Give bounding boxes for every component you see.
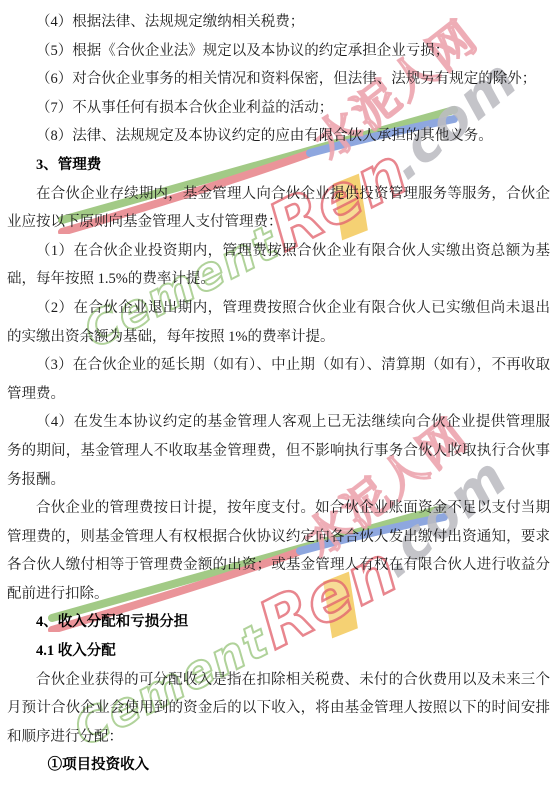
paragraph: 合伙企业的管理费按日计提，按年度支付。如合伙企业账面资金不足以支付当期管理费的，… — [7, 494, 550, 608]
document-page: Cement Ren .com 水泥人网 Cement Ren .com 水泥人… — [0, 0, 556, 792]
section-heading-3: 3、管理费 — [7, 151, 550, 180]
paragraph: （1）在合伙企业投资期内，管理费按照合伙企业有限合伙人实缴出资总额为基础，每年按… — [7, 237, 550, 294]
item-heading-project-income: ①项目投资收入 — [7, 751, 550, 780]
list-item-8: （8）法律、法规规定及本协议约定的应由有限合伙人承担的其他义务。 — [7, 122, 550, 151]
list-item-7: （7）不从事任何有损本合伙企业利益的活动； — [7, 94, 550, 123]
section-heading-4: 4、收入分配和亏损分担 — [7, 608, 550, 637]
list-item-6: （6）对合伙企业事务的相关情况和资料保密，但法律、法规另有规定的除外； — [7, 65, 550, 94]
list-item-4: （4）根据法律、法规规定缴纳相关税费； — [7, 8, 550, 37]
paragraph: 在合伙企业存续期内，基金管理人向合伙企业提供投资管理服务等服务，合伙企业应按以下… — [7, 180, 550, 237]
document-body: （4）根据法律、法规规定缴纳相关税费； （5）根据《合伙企业法》规定以及本协议的… — [7, 8, 550, 780]
paragraph: （2）在合伙企业退出期内，管理费按照合伙企业有限合伙人已实缴但尚未退出的实缴出资… — [7, 294, 550, 351]
paragraph: （4）在发生本协议约定的基金管理人客观上已无法继续向合伙企业提供管理服务的期间，… — [7, 408, 550, 494]
list-item-5: （5）根据《合伙企业法》规定以及本协议的约定承担企业亏损； — [7, 37, 550, 66]
paragraph: 合伙企业获得的可分配收入是指在扣除相关税费、未付的合伙费用以及未来三个月预计合伙… — [7, 666, 550, 752]
section-heading-4-1: 4.1 收入分配 — [7, 637, 550, 666]
paragraph: （3）在合伙企业的延长期（如有）、中止期（如有）、清算期（如有），不再收取管理费… — [7, 351, 550, 408]
